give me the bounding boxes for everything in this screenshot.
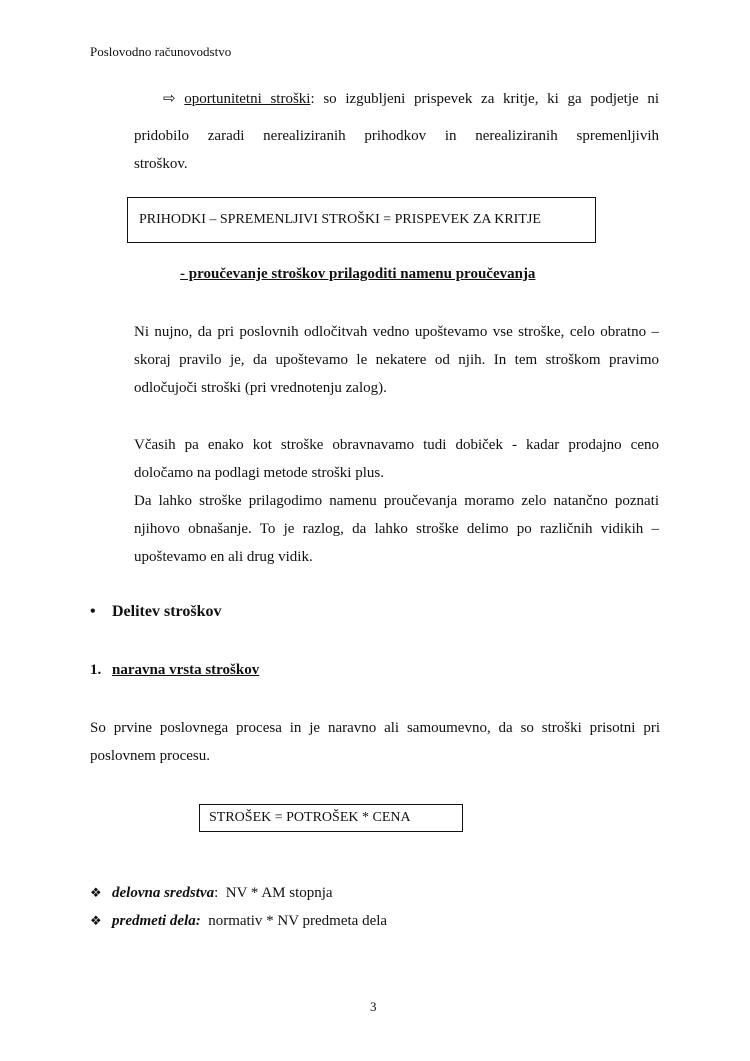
list-item-term: predmeti dela: bbox=[112, 913, 201, 929]
opportunity-line-2: stroškov. bbox=[134, 150, 659, 178]
arrow-right-icon: ⇨ bbox=[163, 91, 176, 107]
running-header: Poslovodno računovodstvo bbox=[90, 44, 231, 60]
paragraph-natural-costs: So prvine poslovnega procesa in je narav… bbox=[90, 714, 660, 770]
diamond-bullet-icon: ❖ bbox=[90, 885, 112, 901]
diamond-bullet-icon: ❖ bbox=[90, 913, 112, 929]
list-item-term: delovna sredstva bbox=[112, 885, 214, 901]
list-item: ❖delovna sredstva: NV * AM stopnja bbox=[90, 885, 333, 902]
heading-title: naravna vrsta stroškov bbox=[112, 662, 259, 678]
opportunity-cost-continuation: pridobilo zaradi nerealiziranih prihodko… bbox=[134, 122, 659, 178]
paragraph-relevant-costs: Ni nujno, da pri poslovnih odločitvah ve… bbox=[134, 318, 659, 402]
section-title: Delitev stroškov bbox=[112, 603, 221, 620]
list-item-text: normativ * NV predmeta dela bbox=[201, 913, 387, 929]
page-number: 3 bbox=[370, 999, 377, 1015]
section-heading: •Delitev stroškov bbox=[90, 603, 221, 621]
paragraph-cost-behavior: Da lahko stroške prilagodimo namenu prou… bbox=[134, 487, 659, 571]
opportunity-cost-definition-text: : so izgubljeni prispevek za kritje, ki … bbox=[310, 91, 659, 107]
cost-formula-box: STROŠEK = POTROŠEK * CENA bbox=[199, 804, 463, 832]
heading-number: 1. bbox=[90, 662, 112, 679]
bullet-icon: • bbox=[90, 603, 112, 621]
opportunity-cost-definition: ⇨ oportunitetni stroški: so izgubljeni p… bbox=[163, 89, 659, 108]
paragraph-profit: Včasih pa enako kot stroške obravnavamo … bbox=[134, 431, 659, 487]
numbered-heading: 1.naravna vrsta stroškov bbox=[90, 662, 259, 679]
opportunity-cost-term: oportunitetni stroški bbox=[184, 91, 310, 107]
list-item-text: NV * AM stopnja bbox=[218, 885, 332, 901]
opportunity-line-1: pridobilo zaradi nerealiziranih prihodko… bbox=[134, 122, 659, 150]
contribution-margin-formula-box: PRIHODKI – SPREMENLJIVI STROŠKI = PRISPE… bbox=[127, 197, 596, 243]
subheading: - proučevanje stroškov prilagoditi namen… bbox=[180, 266, 535, 283]
list-item: ❖predmeti dela: normativ * NV predmeta d… bbox=[90, 913, 387, 930]
